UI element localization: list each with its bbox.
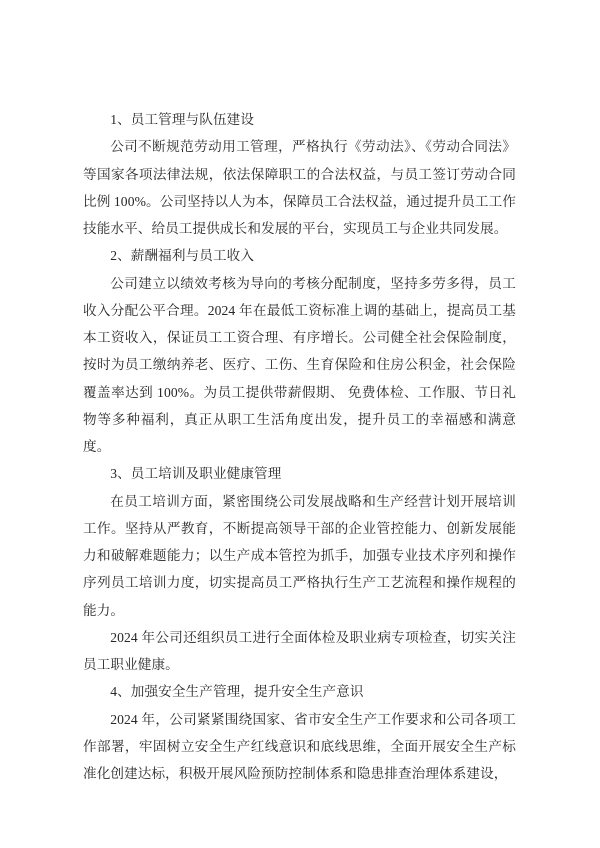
paragraph-line: 准化创建达标，积极开展风险预防控制体系和隐患排查治理体系建设， xyxy=(83,760,516,787)
paragraph-line: 比例 100%。公司坚持以人为本，保障员工合法权益，通过提升员工工作 xyxy=(83,188,516,215)
section-heading: 1、员工管理与队伍建设 xyxy=(83,106,516,133)
paragraph-line: 按时为员工缴纳养老、医疗、工伤、生育保险和住房公积金，社会保险 xyxy=(83,351,516,378)
paragraph-line: 2024 年公司还组织员工进行全面体检及职业病专项检查，切实关注 xyxy=(83,624,516,651)
paragraph-line: 员工职业健康。 xyxy=(83,651,516,678)
document-body: 1、员工管理与队伍建设公司不断规范劳动用工管理，严格执行《劳动法》、《劳动合同法… xyxy=(83,106,516,787)
paragraph-line: 物等多种福利，真正从职工生活角度出发，提升员工的幸福感和满意度。 xyxy=(83,406,516,461)
paragraph-line: 工作。坚持从严教育，不断提高领导干部的企业管控能力、创新发展能 xyxy=(83,515,516,542)
paragraph-line: 等国家各项法律法规，依法保障职工的合法权益，与员工签订劳动合同 xyxy=(83,161,516,188)
paragraph-line: 本工资收入，保证员工工资合理、有序增长。公司健全社会保险制度， xyxy=(83,324,516,351)
paragraph-line: 公司建立以绩效考核为导向的考核分配制度，坚持多劳多得，员工 xyxy=(83,270,516,297)
document-page: 1、员工管理与队伍建设公司不断规范劳动用工管理，严格执行《劳动法》、《劳动合同法… xyxy=(0,0,600,848)
paragraph-line: 能力。 xyxy=(83,597,516,624)
paragraph-line: 技能水平、给员工提供成长和发展的平台，实现员工与企业共同发展。 xyxy=(83,215,516,242)
section-heading: 4、加强安全生产管理，提升安全生产意识 xyxy=(83,678,516,705)
paragraph-line: 2024 年，公司紧紧围绕国家、省市安全生产工作要求和公司各项工 xyxy=(83,706,516,733)
paragraph-line: 覆盖率达到 100%。为员工提供带薪假期、 免费体检、工作服、节日礼 xyxy=(83,379,516,406)
paragraph-line: 公司不断规范劳动用工管理，严格执行《劳动法》、《劳动合同法》 xyxy=(83,133,516,160)
paragraph-line: 作部署，牢固树立安全生产红线意识和底线思维，全面开展安全生产标 xyxy=(83,733,516,760)
paragraph-line: 在员工培训方面，紧密围绕公司发展战略和生产经营计划开展培训 xyxy=(83,488,516,515)
paragraph-line: 收入分配公平合理。2024 年在最低工资标准上调的基础上，提高员工基 xyxy=(83,297,516,324)
paragraph-line: 序列员工培训力度，切实提高员工严格执行生产工艺流程和操作规程的 xyxy=(83,569,516,596)
section-heading: 2、薪酬福利与员工收入 xyxy=(83,242,516,269)
paragraph-line: 力和破解难题能力；以生产成本管控为抓手，加强专业技术序列和操作 xyxy=(83,542,516,569)
section-heading: 3、员工培训及职业健康管理 xyxy=(83,460,516,487)
